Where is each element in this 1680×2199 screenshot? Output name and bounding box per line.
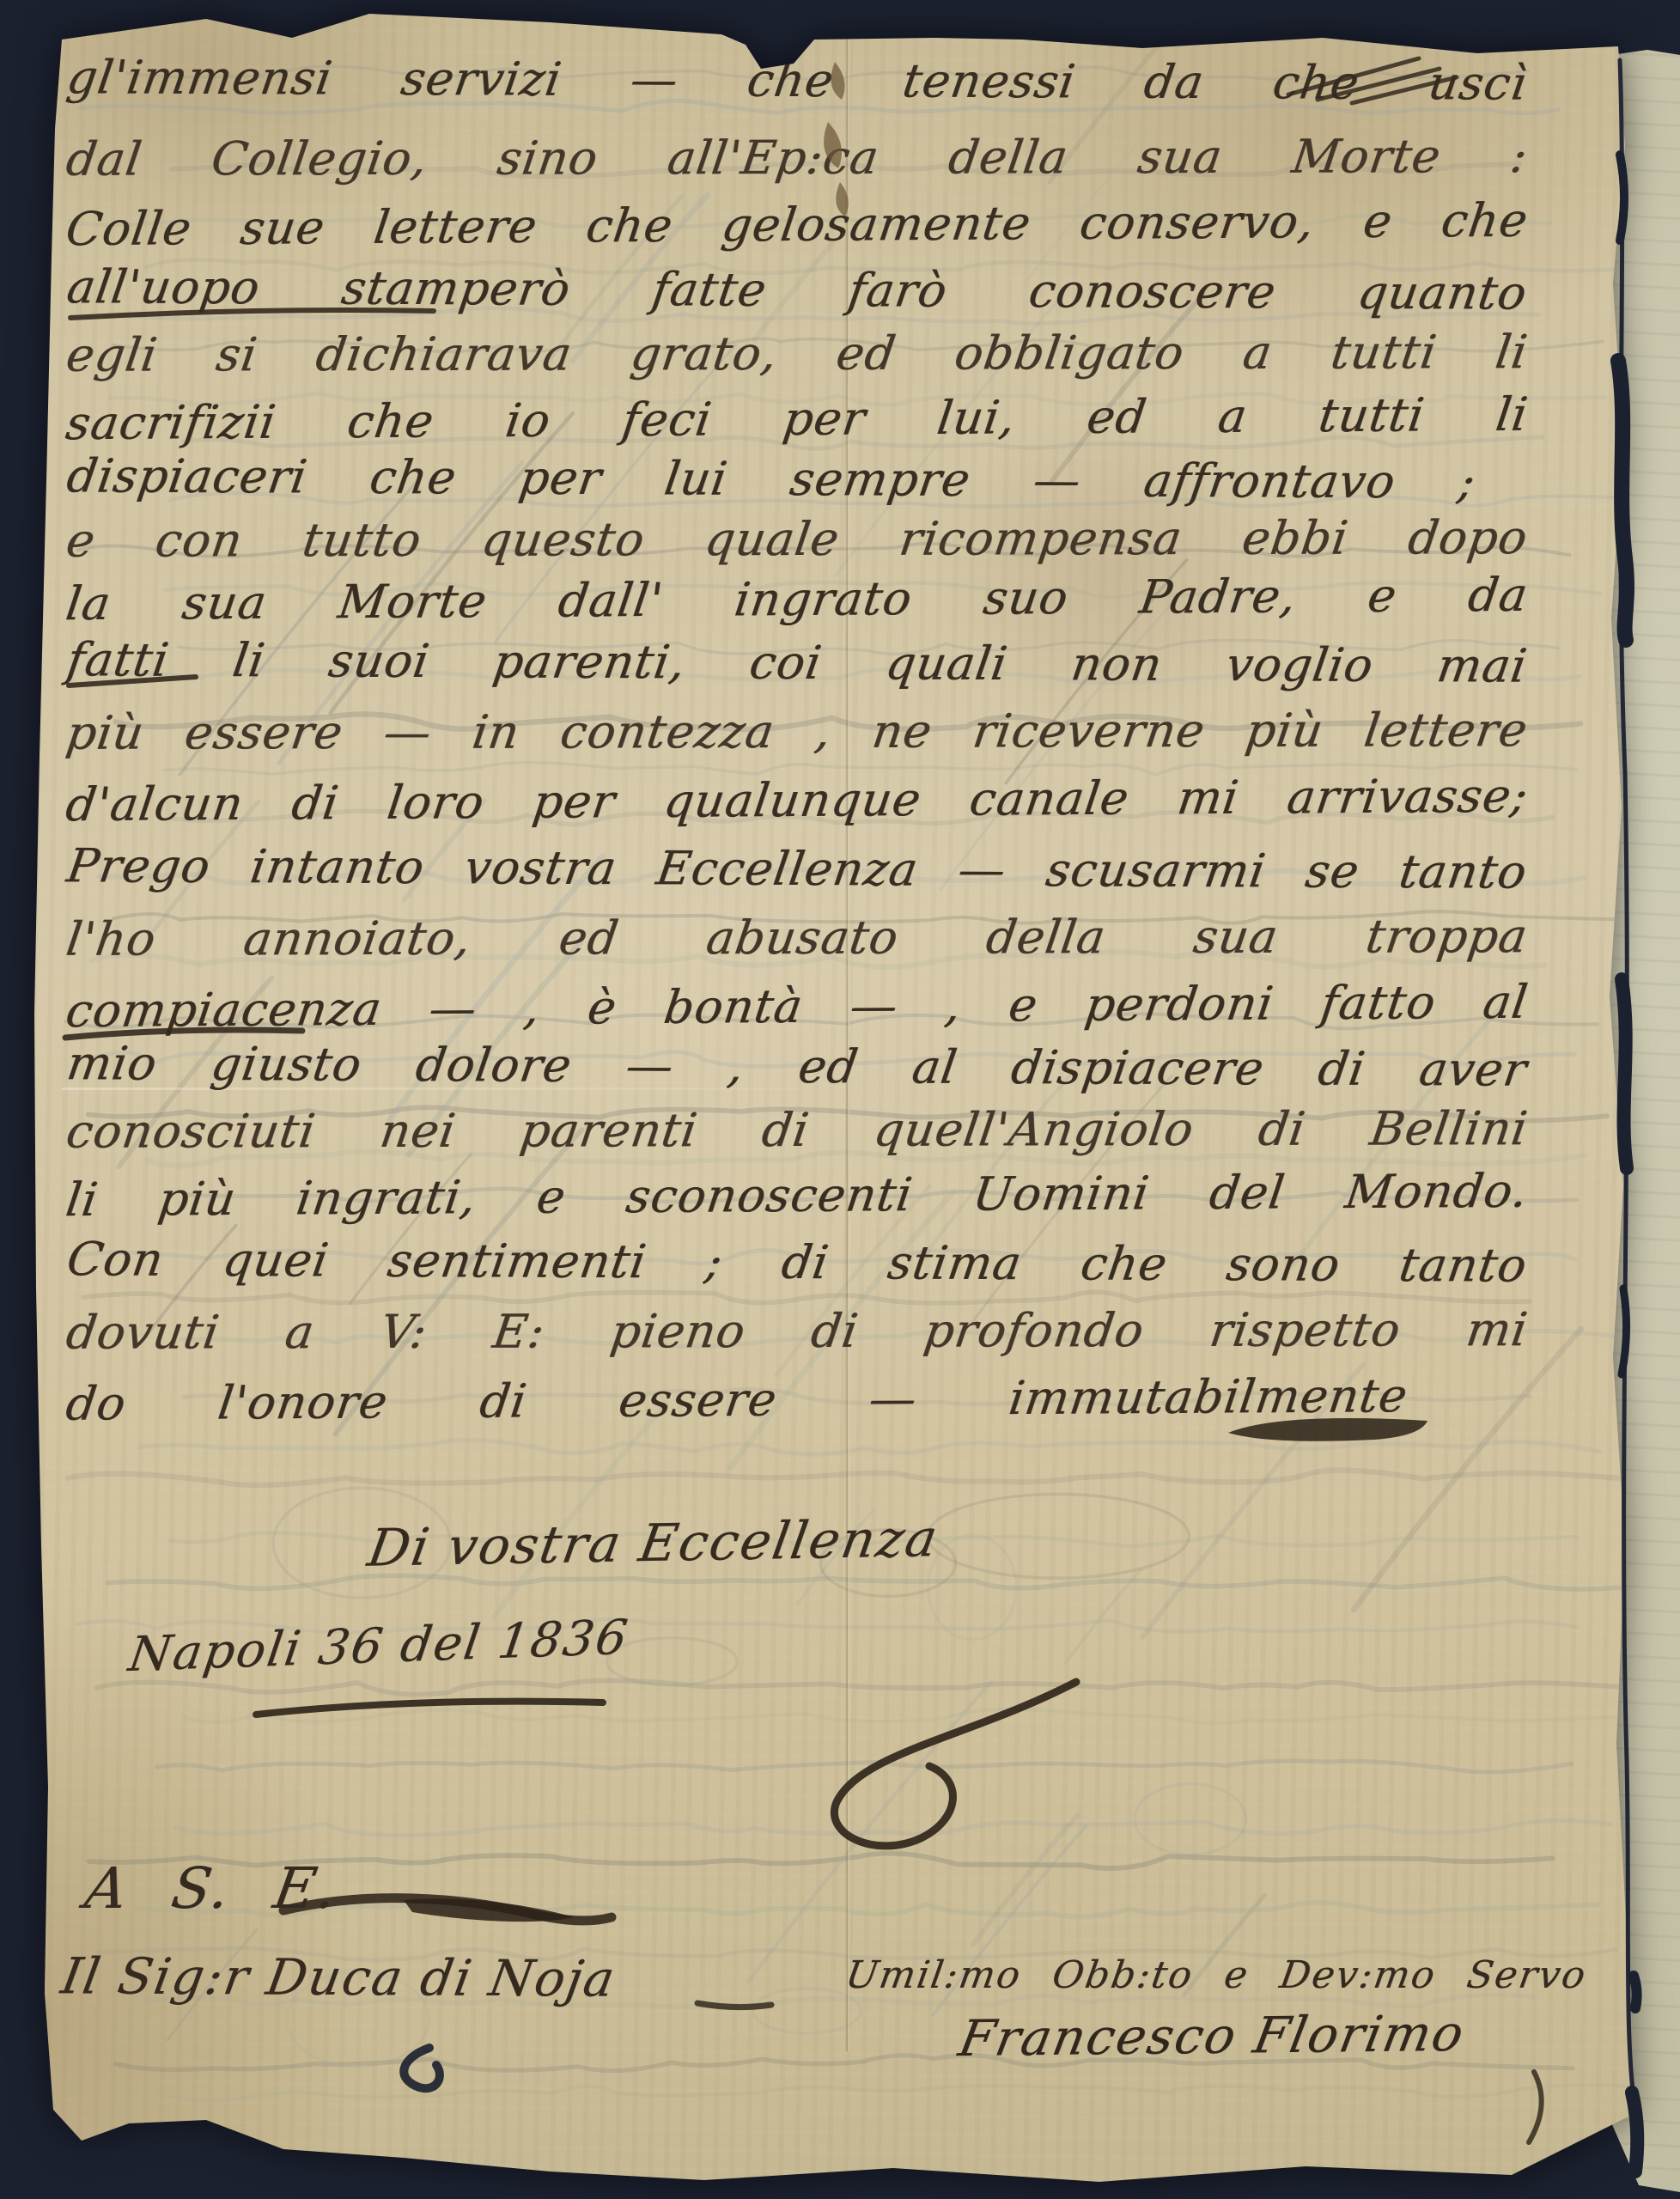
letter-line: egli si dichiarava grato, ed obbligato a… [64,328,1531,380]
letter-line: Prego intanto vostra Eccellenza — scusar… [64,842,1530,897]
signature-name: Francesco Florimo [954,2004,1470,2068]
letter-line: la sua Morte dall' ingrato suo Padre, e … [63,571,1531,629]
letter-line: dovuti a V: E: pieno di profondo rispett… [64,1306,1531,1357]
letter-line: sacrifizii che io feci per lui, ed a tut… [63,391,1531,448]
letter-line: do l'onore di essere — immutabilmente [64,1372,1411,1428]
address-salutation: A S. E. [81,1855,343,1922]
letter-page-wrap: gl'immensi servizi — che tenessi da che … [0,0,1680,2199]
letter-line: Colle sue lettere che gelosamente conser… [63,197,1531,254]
valediction: Umil:mo Obb:to e Dev:mo Servo [843,1953,1590,1997]
address-recipient: Il Sig:r Duca di Noja [58,1946,620,2007]
letter-line: più essere — in contezza , ne riceverne … [64,706,1531,758]
closing-formula: Di vostra Eccellenza [363,1508,942,1579]
scanned-letter: gl'immensi servizi — che tenessi da che … [0,0,1680,2199]
letter-line: conosciuti nei parenti di quell'Angiolo … [64,1105,1531,1156]
letter-line: dispiaceri che per lui sempre — affronta… [64,452,1478,507]
letter-line: gl'immensi servizi — che tenessi da che … [64,53,1530,108]
letter-line: mio giusto dolore — , ed al dispiacere d… [64,1039,1530,1094]
letter-line: e con tutto questo quale ricompensa ebbi… [64,514,1531,565]
letter-line: l'ho annoiato, ed abusato della sua trop… [64,912,1531,964]
letter-line: all'uopo stamperò fatte farò conoscere q… [64,263,1530,318]
letter-line: compiacenza — , è bontà — , e perdoni fa… [63,978,1531,1036]
letter-line: d'alcun di loro per qualunque canale mi … [63,772,1531,830]
letter-line: dal Collegio, sino all'Ep:ca della sua M… [64,132,1531,184]
letter-line: Con quei sentimenti ; di stima che sono … [64,1235,1530,1290]
letter-page: gl'immensi servizi — che tenessi da che … [0,0,1680,2199]
letter-line: li più ingrati, e sconoscenti Uomini del… [63,1167,1531,1225]
letter-line: fatti li suoi parenti, coi quali non vog… [64,636,1530,691]
